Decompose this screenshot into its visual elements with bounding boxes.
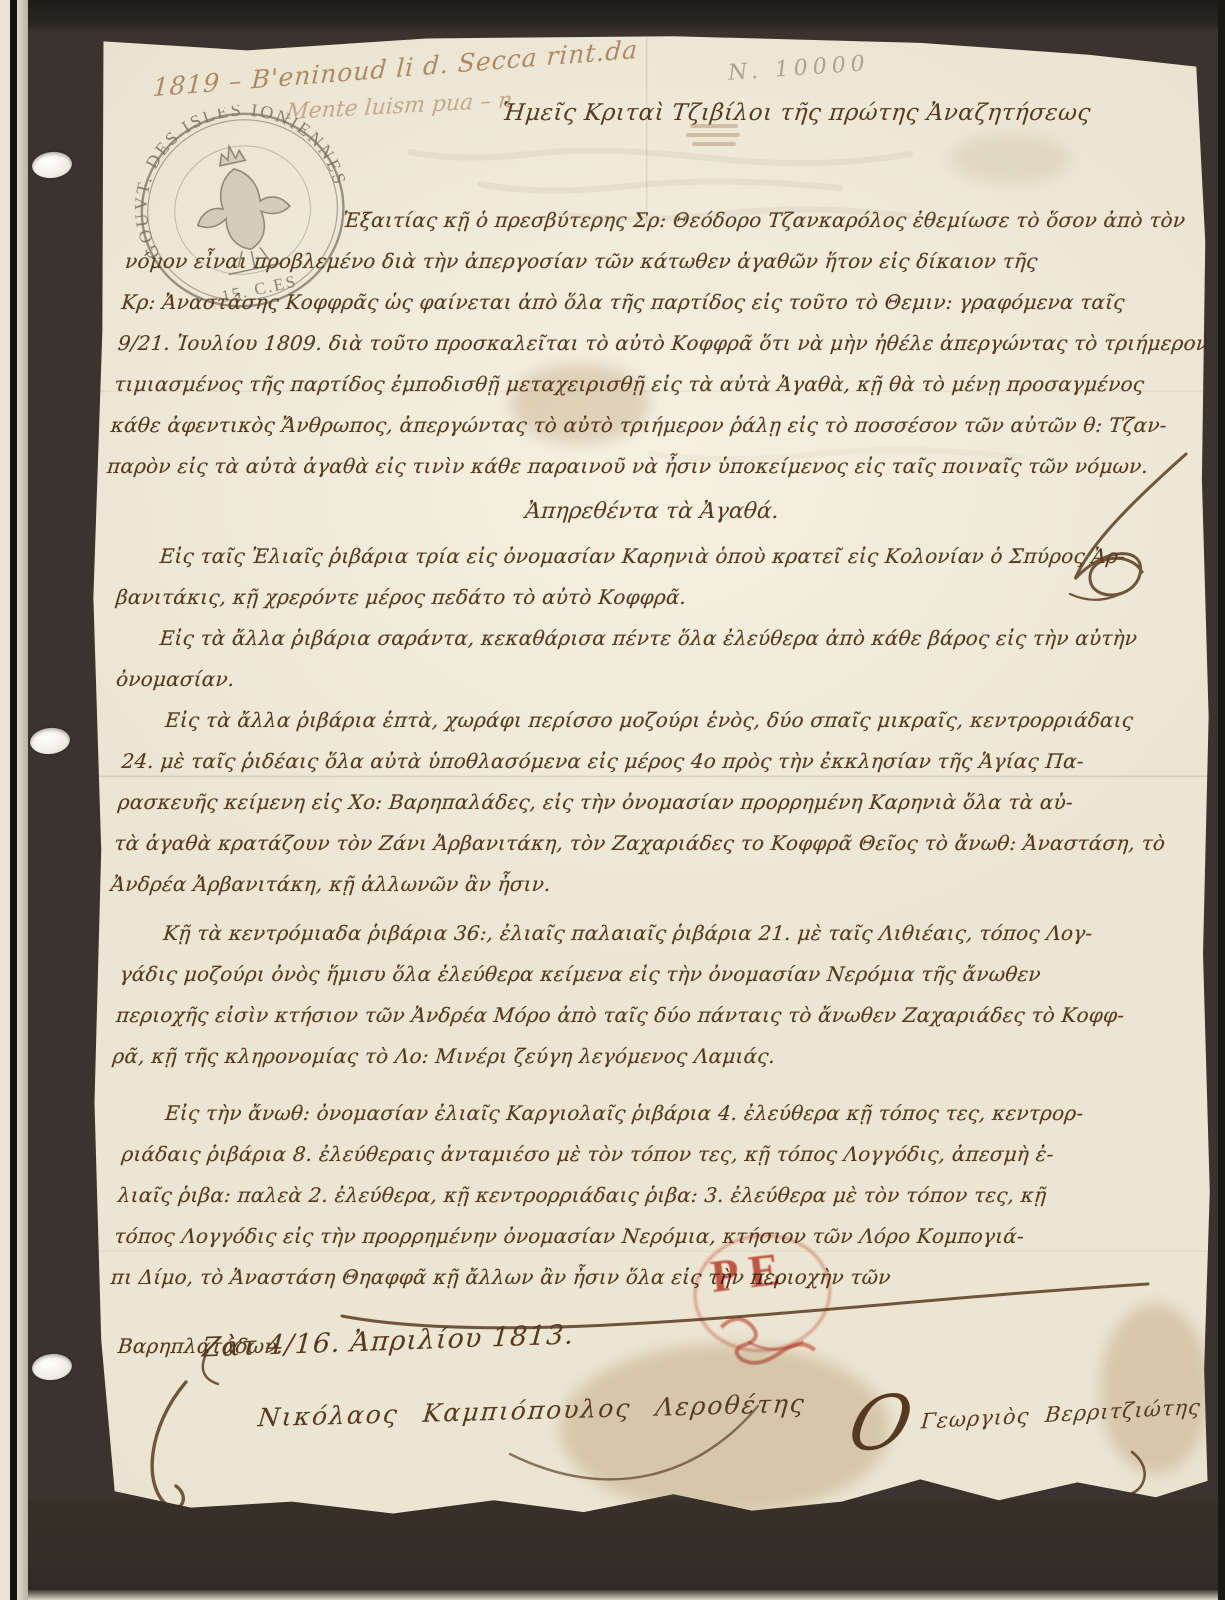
manuscript-line: τόπος Λογγόδις εἰς τὴν προρρημένην ὀνομα…: [113, 1216, 1185, 1257]
punch-hole: [31, 150, 73, 180]
manuscript-line: Κῇ τὰ κεντρόμιαδα ῥιβάρια 36:, ἐλιαῖς πα…: [122, 913, 1194, 954]
manuscript-line: τὰ ἀγαθὰ κρατάζουν τὸν Ζάνι Ἀρβανιτάκη, …: [113, 823, 1185, 864]
manuscript-line: 24. μὲ ταῖς ῥιδέαις ὅλα αὐτὰ ὑποθλασόμεν…: [120, 741, 1192, 782]
manuscript-line: πι Δίμο, τὸ Ἀναστάση Θηαφφᾶ κῇ ἄλλων ἂν …: [109, 1257, 1181, 1298]
manuscript-paragraph: Ἐξαιτίας κῇ ὁ πρεσβύτερης Σρ: Θεόδορο Τζ…: [105, 200, 1198, 487]
section-heading: Ἀπηρεθέντα τὰ Ἀγαθά.: [116, 491, 1188, 532]
album-page-bottom-edge: [0, 1590, 1225, 1600]
album-mount-bottom: [0, 1500, 1225, 1600]
manuscript-line: Εἰς τὰ ἄλλα ῥιβάρια σαράντα, κεκαθάρισα …: [118, 618, 1190, 659]
manuscript-line: ρασκευῆς κείμενη εἰς Χο: Βαρηπαλάδες, εἰ…: [116, 782, 1188, 823]
archival-year-note: 1819 – B'eninoud li d. Secca rint.da: [152, 35, 639, 102]
manuscript-header: Ἡμεῖς Κριταὶ Τζιβίλοι τῆς πρώτης Ἀναζητή…: [501, 100, 1093, 126]
manuscript-line: Εἰς τὰ ἄλλα ῥιβάρια ἑπτὰ, χωράφι περίσσο…: [123, 700, 1195, 741]
manuscript-line: Ἐξαιτίας κῇ ὁ πρεσβύτερης Σρ: Θεόδορο Τζ…: [127, 200, 1199, 241]
pencil-file-number: N. 10000: [727, 51, 870, 86]
water-stain: [560, 1344, 890, 1514]
faint-stain: [950, 134, 1070, 184]
manuscript-line: ρᾶ, κῇ τῆς κληρονομίας τὸ Λο: Μινέρι ζεύ…: [111, 1036, 1183, 1077]
manuscript-line: ριάδαις ῥιβάρια 8. ἐλεύθεραις ἀνταμιέσο …: [120, 1134, 1192, 1175]
manuscript-line: 9/21. Ἰουλίου 1809. διὰ τοῦτο προσκαλεῖτ…: [116, 323, 1188, 364]
signature-flourish-initial: Ο: [844, 1392, 916, 1456]
right-edge-shadow: [1218, 0, 1225, 1600]
underlying-page-edge: [0, 0, 10, 1600]
manuscript-line: γάδις μοζούρι ὀνὸς ἥμισυ ὅλα ἐλεύθερα κε…: [118, 954, 1190, 995]
manuscript-line: Εἰς ταῖς Ἐλιαῖς ῥιβάρια τρία εἰς ὀνομασί…: [118, 536, 1190, 577]
manuscript-paragraph: Εἰς τὴν ἄνωθ: ὀνομασίαν ἐλιαῖς Καργιολαῖ…: [109, 1093, 1195, 1298]
manuscript-line: παρὸν εἰς τὰ αὐτὰ ἀγαθὰ εἰς τινὶν κάθε π…: [105, 446, 1177, 487]
manuscript-paper-sheet: 1819 – B'eninoud li d. Secca rint.da Men…: [90, 34, 1212, 1518]
red-postal-stamp-pe: PE: [681, 1223, 846, 1372]
manuscript-line: ὀνομασίαν.: [114, 659, 1186, 700]
photograph-of-1813-ionian-manuscript: { "annotations": { "year_note": "1819 – …: [0, 0, 1225, 1600]
punch-hole: [31, 1352, 73, 1382]
manuscript-paragraph: Εἰς τὰ ἄλλα ῥιβάρια σαράντα, κεκαθάρισα …: [114, 618, 1189, 700]
manuscript-line: τιμιασμένος τῆς παρτίδος ἐμποδισθῇ μεταχ…: [113, 364, 1185, 405]
manuscript-paragraph: Εἰς ταῖς Ἐλιαῖς ῥιβάρια τρία εἰς ὀνομασί…: [114, 536, 1189, 618]
album-page-edge-strip: [17, 0, 28, 1600]
fold-crease-vertical: [646, 34, 649, 224]
manuscript-line: κάθε ἀφεντικὸς Ἄνθρωπος, ἀπεργώντας τὸ α…: [109, 405, 1181, 446]
manuscript-line: νόμον εἶναι προβλεμένο διὰ τὴν ἀπεργοσία…: [123, 241, 1195, 282]
manuscript-line: βανιτάκις, κῇ χρερόντε μέρος πεδάτο τὸ α…: [114, 577, 1186, 618]
manuscript-line: Ἀνδρέα Ἀρβανιτάκη, κῇ ἀλλωνῶν ἂν ἦσιν.: [109, 864, 1181, 905]
binding-shadow-line: [10, 0, 17, 1600]
manuscript-body: Ἐξαιτίας κῇ ὁ πρεσβύτερης Σρ: Θεόδορο Τζ…: [118, 200, 1186, 1367]
manuscript-paragraph: Κῇ τὰ κεντρόμιαδα ῥιβάρια 36:, ἐλιαῖς πα…: [111, 913, 1193, 1077]
manuscript-line: Κρ: Ἀναστάσης Κοφφρᾶς ὡς φαίνεται ἀπὸ ὅλ…: [120, 282, 1192, 323]
manuscript-line: περιοχῆς εἰσὶν κτήσιον τῶν Ἀνδρέα Μόρο ἀ…: [114, 995, 1186, 1036]
red-stamp-squiggle: [681, 1223, 846, 1372]
punch-hole: [29, 726, 71, 756]
album-mount-top-band: [0, 0, 1225, 32]
manuscript-paragraph: Εἰς τὰ ἄλλα ῥιβάρια ἑπτὰ, χωράφι περίσσο…: [109, 700, 1195, 905]
manuscript-line: Εἰς τὴν ἄνωθ: ὀνομασίαν ἐλιαῖς Καργιολαῖ…: [123, 1093, 1195, 1134]
manuscript-line: λιαῖς ῥιβα: παλεὰ 2. ἐλεύθερα, κῇ κεντρο…: [116, 1175, 1188, 1216]
signature-right-name: Γεωργιὸς Βερριτζιώτης: [920, 1395, 1202, 1434]
